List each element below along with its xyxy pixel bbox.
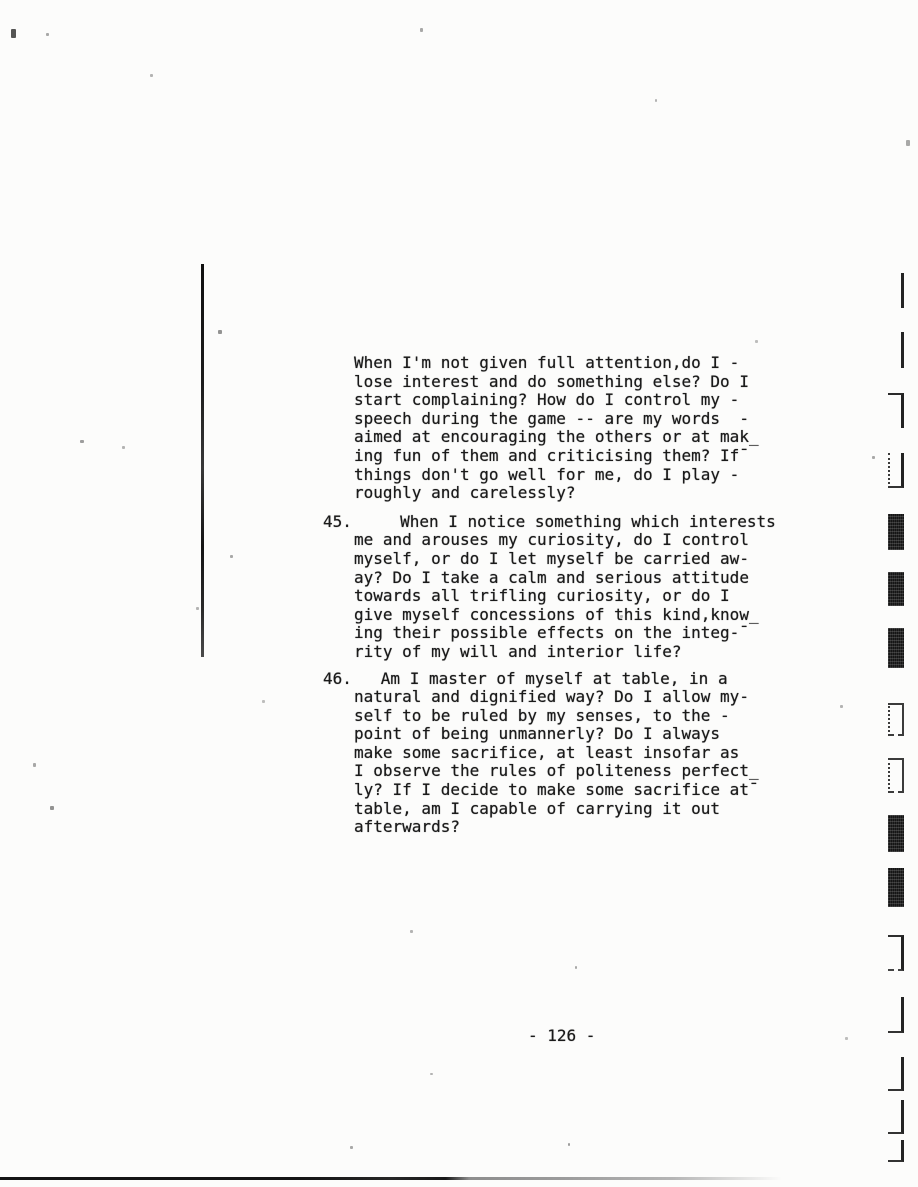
scan-noise-speck xyxy=(872,456,875,459)
scan-noise-speck xyxy=(50,806,54,810)
scan-noise-speck xyxy=(46,33,49,36)
scanned-document-page: When I'm not given full attention,do I -… xyxy=(0,0,918,1187)
bottom-scan-rule xyxy=(0,1177,782,1180)
binding-mark xyxy=(888,703,904,736)
text-line: I observe the rules of politeness perfec… xyxy=(354,762,843,781)
paragraph-45: 45. When I notice something which intere… xyxy=(323,513,843,662)
scan-noise-speck xyxy=(655,99,657,102)
binding-mark xyxy=(888,393,904,428)
text-line: 45. When I notice something which intere… xyxy=(323,513,843,532)
text-line: rity of my will and interior life? xyxy=(354,643,843,662)
text-line: ay? Do I take a calm and serious attitud… xyxy=(354,569,843,588)
binding-mark xyxy=(888,935,904,971)
scan-noise-speck xyxy=(150,74,153,77)
text-line: things don't go well for me, do I play - xyxy=(354,466,843,485)
scan-noise-speck xyxy=(755,340,758,343)
text-line: give myself concessions of this kind,kno… xyxy=(354,606,843,625)
binding-mark xyxy=(888,273,904,308)
text-line: myself, or do I let myself be carried aw… xyxy=(354,550,843,569)
paragraph-continuation: When I'm not given full attention,do I -… xyxy=(323,354,843,503)
binding-mark xyxy=(888,332,904,368)
scan-noise-speck xyxy=(568,1143,570,1146)
text-block: When I'm not given full attention,do I -… xyxy=(323,354,843,837)
scan-noise-speck xyxy=(122,446,125,449)
text-line: table, am I capable of carrying it out xyxy=(354,800,843,819)
scan-noise-speck xyxy=(410,930,413,933)
scan-noise-speck xyxy=(80,440,84,443)
text-line: ing their possible effects on the integ-… xyxy=(354,624,843,643)
scan-noise-speck xyxy=(33,763,36,767)
scan-noise-speck xyxy=(420,28,423,32)
text-line: start complaining? How do I control my - xyxy=(354,391,843,410)
scan-noise-speck xyxy=(262,700,265,703)
text-line: aimed at encouraging the others or at ma… xyxy=(354,428,843,447)
text-line: lose interest and do something else? Do … xyxy=(354,373,843,392)
text-line: natural and dignified way? Do I allow my… xyxy=(354,688,843,707)
scan-noise-speck xyxy=(218,330,222,334)
binding-mark xyxy=(888,572,904,606)
paragraph-46: 46. Am I master of myself at table, in a… xyxy=(323,670,843,837)
text-line: make some sacrifice, at least insofar as xyxy=(354,744,843,763)
text-line: towards all trifling curiosity, or do I xyxy=(354,587,843,606)
text-line: me and arouses my curiosity, do I contro… xyxy=(354,531,843,550)
scan-noise-speck xyxy=(845,1037,848,1040)
binding-mark xyxy=(888,1100,904,1134)
text-line: ly? If I decide to make some sacrifice a… xyxy=(354,781,843,800)
text-line: point of being unmannerly? Do I always xyxy=(354,725,843,744)
text-line: ing fun of them and criticising them? If… xyxy=(354,447,843,466)
text-line: speech during the game -- are my words - xyxy=(354,410,843,429)
scan-noise-speck xyxy=(575,966,577,969)
binding-mark xyxy=(888,815,904,852)
binding-mark xyxy=(888,997,904,1033)
binding-mark xyxy=(888,1140,904,1162)
binding-mark xyxy=(888,758,904,793)
text-line: roughly and carelessly? xyxy=(354,484,843,503)
binding-mark xyxy=(888,628,904,668)
binding-mark xyxy=(888,868,904,907)
binding-mark xyxy=(888,1057,904,1091)
scan-noise-speck xyxy=(906,140,910,146)
left-margin-rule xyxy=(201,264,204,657)
scan-noise-speck xyxy=(350,1146,353,1149)
text-line: 46. Am I master of myself at table, in a xyxy=(323,670,843,689)
scan-noise-speck xyxy=(196,607,199,610)
page-number: - 126 - xyxy=(528,1027,595,1045)
scan-noise-speck xyxy=(430,1073,433,1075)
text-line: afterwards? xyxy=(354,818,843,837)
scan-noise-speck xyxy=(11,29,16,38)
binding-mark xyxy=(888,514,904,550)
scan-noise-speck xyxy=(230,555,233,558)
binding-mark xyxy=(888,453,904,488)
text-line: self to be ruled by my senses, to the - xyxy=(354,707,843,726)
text-line: When I'm not given full attention,do I - xyxy=(354,354,843,373)
